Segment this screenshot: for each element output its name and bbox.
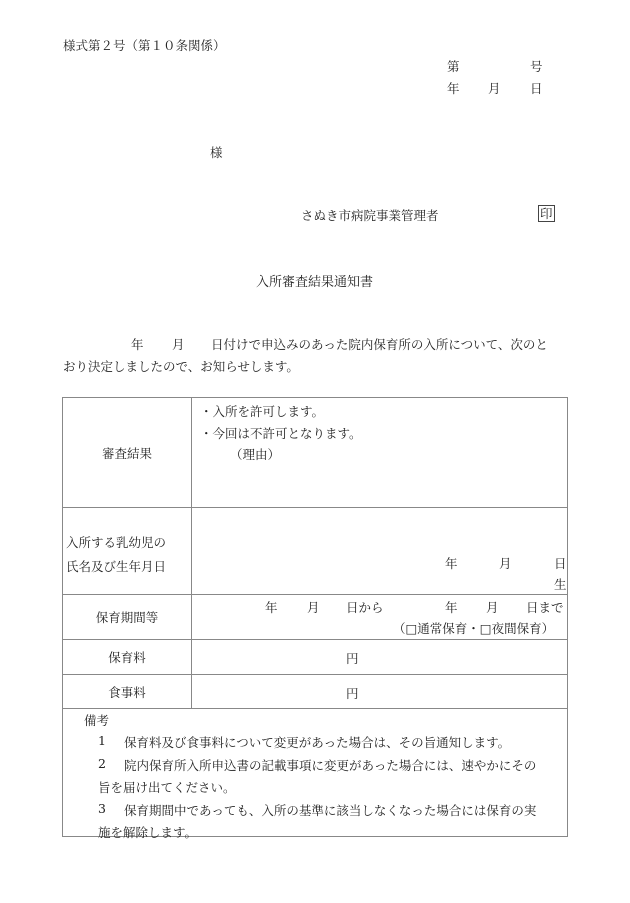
notes-content: 備考 1 保育料及び食事料について変更があった場合は、その旨通知します。 2 院…: [63, 709, 568, 837]
row-meal: 食事料 円: [63, 675, 568, 709]
child-birth-year: 年: [445, 554, 458, 572]
note-2-number: 2: [98, 756, 106, 771]
child-born-label: 生: [554, 575, 567, 593]
date-day: 日: [530, 79, 543, 97]
fee-unit: 円: [346, 649, 359, 667]
date-month: 月: [488, 79, 501, 97]
period-label: 保育期間等: [63, 595, 192, 640]
result-table: 審査結果 ・入所を許可します。 ・今回は不許可となります。 （理由） 入所する乳…: [62, 397, 568, 837]
fee-content: 円: [192, 640, 568, 675]
fee-label: 保育料: [63, 640, 192, 675]
row-fee: 保育料 円: [63, 640, 568, 675]
period-from-year: 年: [265, 598, 278, 616]
note-3-text-line1: 保育期間中であっても、入所の基準に該当しなくなった場合には保育の実: [124, 801, 536, 819]
row-notes: 備考 1 保育料及び食事料について変更があった場合は、その旨通知します。 2 院…: [63, 709, 568, 837]
period-to-day: 日まで: [526, 598, 564, 616]
seal-icon: 印: [538, 205, 555, 222]
addressee-honorific: 様: [210, 143, 223, 161]
period-content: 年 月 日から 年 月 日まで （□通常保育・□夜間保育）: [192, 595, 568, 640]
result-reason-label: （理由）: [230, 445, 280, 463]
intro-line1: 日付けで申込みのあった院内保育所の入所について、次のと: [211, 335, 548, 353]
result-option-permit: ・入所を許可します。: [200, 402, 324, 420]
period-type-checkboxes[interactable]: （□通常保育・□夜間保育）: [393, 619, 554, 637]
doc-number-prefix: 第: [447, 57, 460, 75]
period-to-month: 月: [486, 598, 499, 616]
child-birth-month: 月: [499, 554, 512, 572]
row-child: 入所する乳幼児の 氏名及び生年月日 年 月 日 生: [63, 508, 568, 595]
notes-heading: 備考: [84, 711, 109, 729]
row-result: 審査結果 ・入所を許可します。 ・今回は不許可となります。 （理由）: [63, 398, 568, 508]
note-1-number: 1: [98, 733, 106, 748]
period-from-month: 月: [307, 598, 320, 616]
result-content: ・入所を許可します。 ・今回は不許可となります。 （理由）: [192, 398, 568, 508]
intro-year: 年: [131, 335, 144, 353]
meal-label: 食事料: [63, 675, 192, 709]
form-number: 様式第２号（第１０条関係）: [63, 36, 226, 54]
note-3-number: 3: [98, 801, 106, 816]
result-option-deny: ・今回は不許可となります。: [200, 424, 362, 442]
sender-name: さぬき市病院事業管理者: [301, 206, 439, 224]
period-from-day: 日から: [346, 598, 384, 616]
period-to-year: 年: [445, 598, 458, 616]
result-label: 審査結果: [63, 398, 192, 508]
note-1-text: 保育料及び食事料について変更があった場合は、その旨通知します。: [124, 733, 510, 751]
child-label-line1: 入所する乳幼児の: [66, 533, 191, 551]
row-period: 保育期間等 年 月 日から 年 月 日まで （□通常保育・□夜間保育）: [63, 595, 568, 640]
meal-content: 円: [192, 675, 568, 709]
date-year: 年: [447, 79, 460, 97]
note-3-text-line2: 施を解除します。: [98, 823, 197, 841]
doc-number-suffix: 号: [530, 57, 543, 75]
meal-unit: 円: [346, 684, 359, 702]
intro-line2: おり決定しましたので、お知らせします。: [63, 357, 299, 375]
intro-month: 月: [172, 335, 185, 353]
child-birth-day: 日: [554, 554, 567, 572]
note-2-text-line1: 院内保育所入所申込書の記載事項に変更があった場合には、速やかにその: [124, 756, 536, 774]
note-2-text-line2: 旨を届け出てください。: [98, 778, 236, 796]
child-content: 年 月 日 生: [192, 508, 568, 595]
seal-mark: 印: [538, 205, 555, 222]
child-label: 入所する乳幼児の 氏名及び生年月日: [63, 508, 192, 595]
document-title: 入所審査結果通知書: [256, 271, 373, 290]
child-label-line2: 氏名及び生年月日: [66, 557, 191, 575]
